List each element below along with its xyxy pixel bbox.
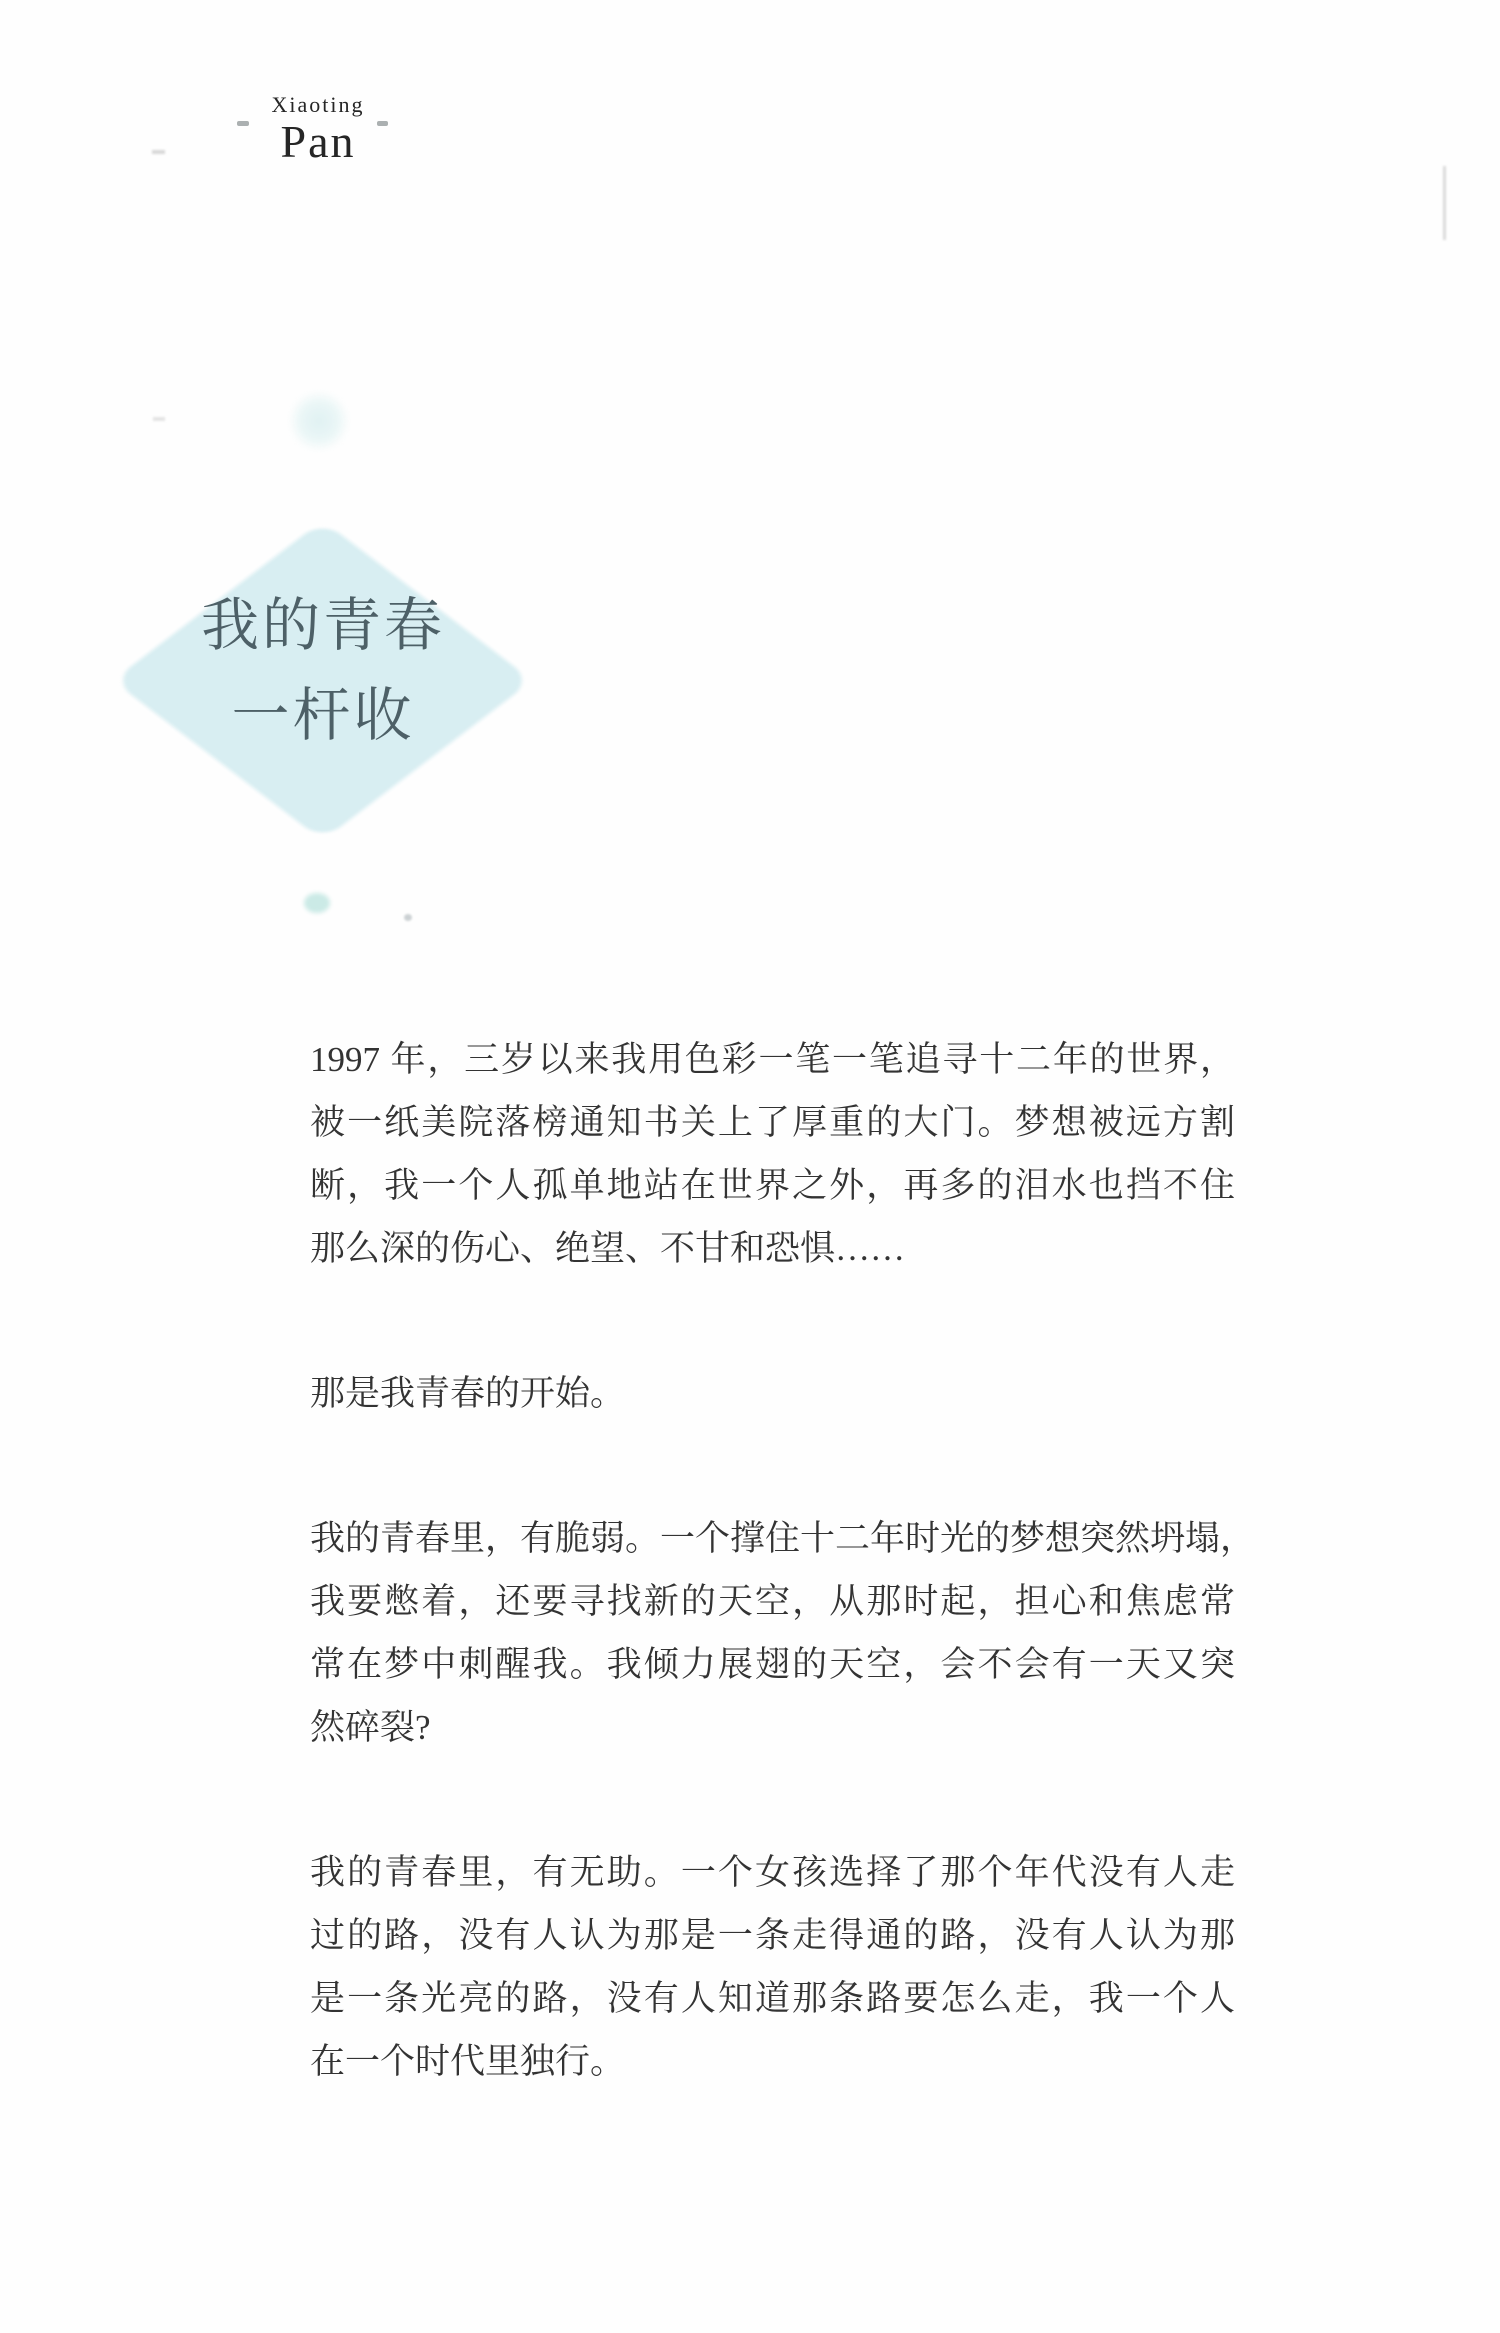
text-line: 是一条光亮的路，没有人知道那条路要怎么走，我一个人 [310,1967,1235,2030]
text-line: 我的青春里，有无助。一个女孩选择了那个年代没有人走 [310,1841,1235,1904]
ink-dot-bottom [304,893,330,913]
scan-line-artifact [1443,166,1446,240]
ink-dot-top [292,394,346,448]
chapter-title-line1: 我的青春 [103,592,543,660]
text-line: 我的青春里，有脆弱。一个撑住十二年时光的梦想突然坍塌， [310,1507,1235,1570]
paragraph-2: 那是我青春的开始。 [310,1362,1235,1425]
brand-dash-right-icon [377,121,388,126]
text-line: 那么深的伤心、绝望、不甘和恐惧…… [310,1217,1235,1280]
text-line: 被一纸美院落榜通知书关上了厚重的大门。梦想被远方割 [310,1091,1235,1154]
brand-dash-left-icon [237,121,249,126]
text-line: 断，我一个人孤单地站在世界之外，再多的泪水也挡不住 [310,1154,1235,1217]
body-text: 1997 年，三岁以来我用色彩一笔一笔追寻十二年的世界， 被一纸美院落榜通知书关… [310,1028,1235,2093]
paragraph-1: 1997 年，三岁以来我用色彩一笔一笔追寻十二年的世界， 被一纸美院落榜通知书关… [310,1028,1235,1280]
text-line: 在一个时代里独行。 [310,2030,1235,2093]
chapter-title-line2: 一杆收 [103,682,543,750]
chapter-title-diamond [112,520,532,840]
text-line: 然碎裂? [310,1696,1235,1759]
book-page: Xiaoting Pan 我的青春 一杆收 1997 年，三岁以来我用色彩一笔一… [0,0,1500,2333]
scan-speck [152,150,165,154]
brand-name-top: Xiaoting [218,93,418,117]
text-line: 我要憋着，还要寻找新的天空，从那时起，担心和焦虑常 [310,1570,1235,1633]
text-line: 常在梦中刺醒我。我倾力展翅的天空，会不会有一天又突 [310,1633,1235,1696]
text-line: 过的路，没有人认为那是一条走得通的路，没有人认为那 [310,1904,1235,1967]
paragraph-3: 我的青春里，有脆弱。一个撑住十二年时光的梦想突然坍塌， 我要憋着，还要寻找新的天… [310,1507,1235,1759]
paragraph-4: 我的青春里，有无助。一个女孩选择了那个年代没有人走 过的路，没有人认为那是一条走… [310,1841,1235,2093]
text-line: 1997 年，三岁以来我用色彩一笔一笔追寻十二年的世界， [310,1028,1235,1091]
text-line: 那是我青春的开始。 [310,1362,1235,1425]
scan-speck [404,914,412,921]
scan-speck [153,417,165,421]
